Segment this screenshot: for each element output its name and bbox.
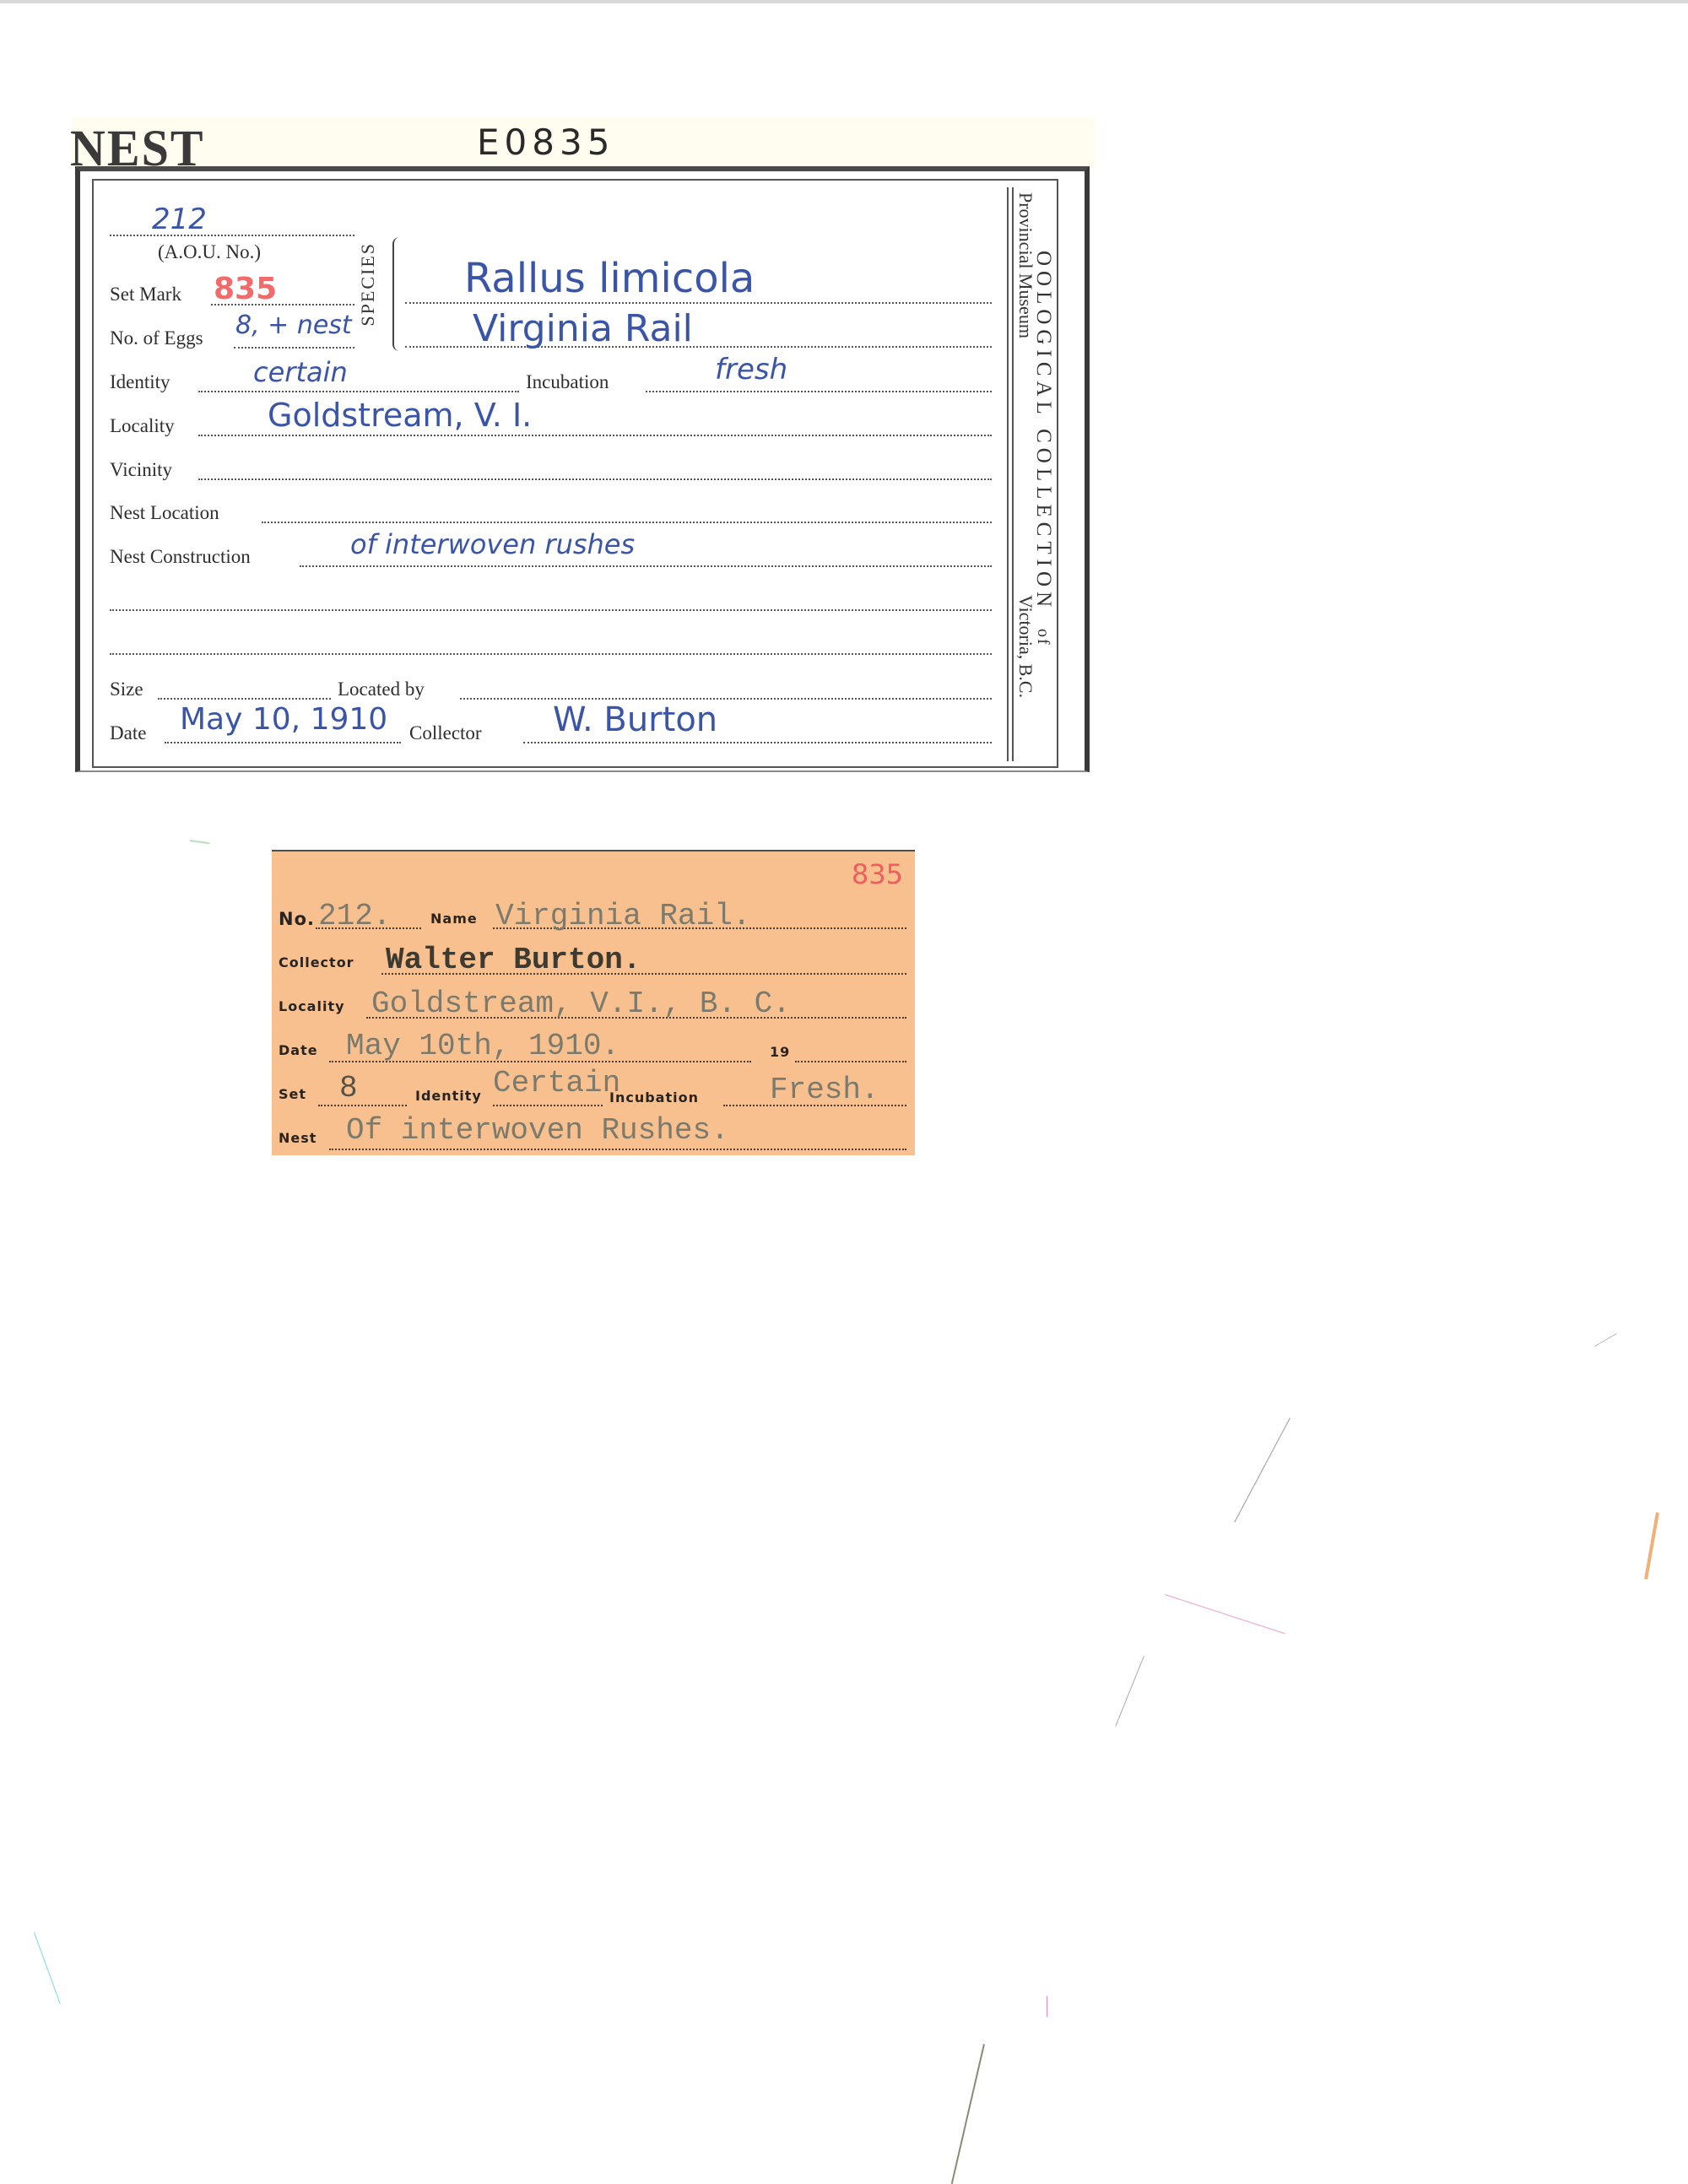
collector-value: W. Burton xyxy=(553,700,717,739)
scan-hair-artifact xyxy=(1234,1418,1290,1522)
label-locality-label: Locality xyxy=(279,998,345,1014)
no-of-eggs-value: 8, + nest xyxy=(235,311,352,340)
scan-fiber-artifact xyxy=(1644,1512,1659,1579)
nest-record-card: NEST E0835 OOLOGICAL COLLECTION of Provi… xyxy=(72,118,1095,773)
date-line xyxy=(165,742,401,743)
species-common-value: Virginia Rail xyxy=(473,307,693,350)
nest-construction-line xyxy=(300,565,992,567)
label-identity-value: Certain xyxy=(493,1066,620,1100)
scan-hair-artifact xyxy=(1594,1333,1616,1347)
no-of-eggs-label: No. of Eggs xyxy=(110,327,203,349)
no-of-eggs-line xyxy=(234,347,354,349)
side-imprint: OOLOGICAL COLLECTION of Provincial Museu… xyxy=(1021,190,1055,760)
museum-city: Victoria, B.C. xyxy=(1014,595,1036,698)
located-by-label: Located by xyxy=(338,678,425,700)
catalog-number: E0835 xyxy=(477,122,614,163)
label-locality-value: Goldstream, V.I., B. C. xyxy=(371,987,791,1021)
scan-fiber-artifact xyxy=(34,1933,61,2004)
set-mark-label: Set Mark xyxy=(110,284,181,305)
locality-line xyxy=(198,435,992,436)
identity-label: Identity xyxy=(110,371,170,393)
collector-line xyxy=(523,742,992,743)
species-label: SPECIES xyxy=(357,242,379,327)
locality-value: Goldstream, V. I. xyxy=(268,397,532,434)
blank-line xyxy=(110,609,992,611)
vicinity-line xyxy=(198,478,992,480)
species-scientific-line xyxy=(405,302,992,304)
side-divider xyxy=(1012,187,1014,761)
species-bracket xyxy=(392,237,403,351)
collector-label: Collector xyxy=(409,722,482,744)
egg-data-label: 835 No. 212. Name Virginia Rail. Collect… xyxy=(272,850,915,1155)
scan-top-edge xyxy=(0,0,1688,3)
size-line xyxy=(158,698,331,700)
label-identity-line xyxy=(493,1105,603,1106)
label-name-label: Name xyxy=(430,911,478,927)
label-nest-value: Of interwoven Rushes. xyxy=(346,1113,729,1148)
incubation-value: fresh xyxy=(715,353,787,387)
set-mark-value: 835 xyxy=(214,272,277,306)
label-nest-line xyxy=(329,1149,906,1150)
label-date-value: May 10th, 1910. xyxy=(346,1029,619,1063)
label-set-label: Set xyxy=(279,1086,306,1102)
scan-hair-artifact xyxy=(951,2044,985,2184)
museum-name: Provincial Museum xyxy=(1014,192,1036,338)
scan-hair-artifact xyxy=(1115,1656,1144,1727)
label-collector-value: Walter Burton. xyxy=(386,943,641,977)
located-by-line xyxy=(460,698,992,700)
label-set-line xyxy=(318,1105,407,1106)
vicinity-label: Vicinity xyxy=(110,459,172,481)
blank-line xyxy=(110,653,992,655)
label-incubation-value: Fresh. xyxy=(770,1073,879,1107)
date-label: Date xyxy=(110,722,146,744)
label-date-year-line xyxy=(795,1061,906,1062)
label-identity-label: Identity xyxy=(415,1088,482,1104)
species-scientific-value: Rallus limicola xyxy=(464,255,755,302)
aou-number-value: 212 xyxy=(152,203,207,236)
label-no-value: 212. xyxy=(318,899,391,933)
label-set-value: 8 xyxy=(339,1071,358,1106)
label-date-year-prefix: 19 xyxy=(770,1044,790,1060)
nest-location-line xyxy=(262,522,992,523)
date-value: May 10, 1910 xyxy=(180,702,387,737)
incubation-line xyxy=(646,391,992,392)
scan-fiber-artifact xyxy=(190,840,210,844)
label-set-mark: 835 xyxy=(852,858,903,890)
identity-line xyxy=(198,391,519,392)
incubation-label: Incubation xyxy=(526,371,609,393)
identity-value: certain xyxy=(253,356,348,388)
label-date-label: Date xyxy=(279,1042,318,1058)
label-name-value: Virginia Rail. xyxy=(495,899,750,933)
locality-label: Locality xyxy=(110,415,175,437)
aou-number-label: (A.O.U. No.) xyxy=(158,241,261,263)
aou-number-line xyxy=(110,235,354,236)
scan-fiber-artifact xyxy=(1165,1594,1285,1634)
nest-construction-value: of interwoven rushes xyxy=(350,528,635,560)
label-incubation-label: Incubation xyxy=(609,1089,699,1106)
label-no-label: No. xyxy=(279,909,315,929)
label-nest-label: Nest xyxy=(279,1130,316,1146)
side-divider xyxy=(1007,187,1009,761)
nest-location-label: Nest Location xyxy=(110,502,219,524)
size-label: Size xyxy=(110,678,143,700)
label-collector-label: Collector xyxy=(279,954,354,970)
nest-construction-label: Nest Construction xyxy=(110,546,251,568)
scan-fiber-artifact xyxy=(1047,1996,1047,2017)
